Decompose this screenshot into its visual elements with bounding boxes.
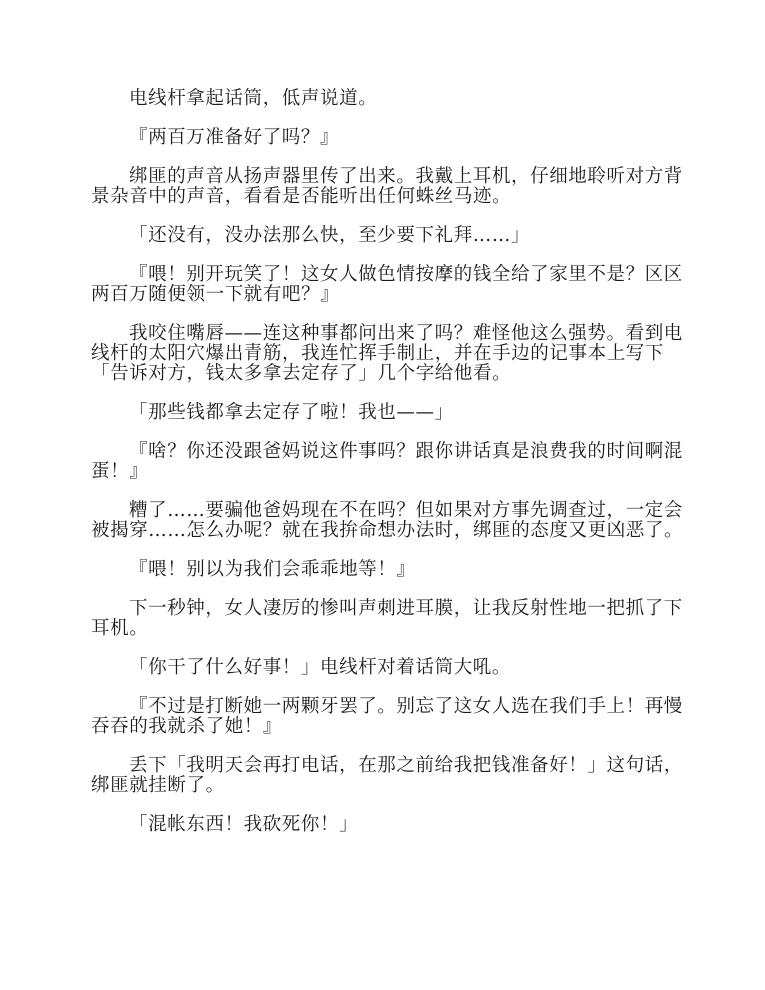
paragraph: 「那些钱都拿去定存了啦！我也——」 bbox=[91, 403, 676, 423]
paragraph: 我咬住嘴唇——连这种事都问出来了吗？难怪他这么强势。看到电 线杆的太阳穴爆出青筋… bbox=[91, 324, 676, 384]
paragraph: 绑匪的声音从扬声器里传了出来。我戴上耳机，仔细地聆听对方背 景杂音中的声音，看看… bbox=[91, 167, 676, 207]
text-line: 耳机。 bbox=[91, 619, 676, 639]
paragraph: 『啥？你还没跟爸妈说这件事吗？跟你讲话真是浪费我的时间啊混 蛋！』 bbox=[91, 442, 676, 482]
text-line: 蛋！』 bbox=[91, 462, 676, 482]
paragraph: 『两百万准备好了吗？』 bbox=[91, 128, 676, 148]
paragraph: 『喂！别开玩笑了！这女人做色情按摩的钱全给了家里不是？区区 两百万随便领一下就有… bbox=[91, 265, 676, 305]
text-line: 吞吞的我就杀了她！』 bbox=[91, 717, 676, 737]
text-line: 绑匪的声音从扬声器里传了出来。我戴上耳机，仔细地聆听对方背 bbox=[91, 167, 676, 187]
text-line: 糟了……要骗他爸妈现在不在吗？但如果对方事先调查过，一定会 bbox=[91, 501, 676, 521]
text-line: 「混帐东西！我砍死你！」 bbox=[91, 815, 676, 835]
text-line: 丢下「我明天会再打电话，在那之前给我把钱准备好！」这句话， bbox=[91, 756, 676, 776]
paragraph: 『不过是打断她一两颗牙罢了。别忘了这女人选在我们手上！再慢 吞吞的我就杀了她！』 bbox=[91, 697, 676, 737]
text-line: 『喂！别开玩笑了！这女人做色情按摩的钱全给了家里不是？区区 bbox=[91, 265, 676, 285]
text-line: 『不过是打断她一两颗牙罢了。别忘了这女人选在我们手上！再慢 bbox=[91, 697, 676, 717]
text-line: 绑匪就挂断了。 bbox=[91, 776, 676, 796]
text-line: 我咬住嘴唇——连这种事都问出来了吗？难怪他这么强势。看到电 bbox=[91, 324, 676, 344]
text-line: 『喂！别以为我们会乖乖地等！』 bbox=[91, 560, 676, 580]
text-line: 下一秒钟，女人凄厉的惨叫声刺进耳膜，让我反射性地一把抓了下 bbox=[91, 599, 676, 619]
paragraph: 「你干了什么好事！」电线杆对着话筒大吼。 bbox=[91, 658, 676, 678]
text-line: 「那些钱都拿去定存了啦！我也——」 bbox=[91, 403, 676, 423]
paragraph: 「混帐东西！我砍死你！」 bbox=[91, 815, 676, 835]
paragraph: 丢下「我明天会再打电话，在那之前给我把钱准备好！」这句话， 绑匪就挂断了。 bbox=[91, 756, 676, 796]
document-page: 电线杆拿起话筒，低声说道。 『两百万准备好了吗？』 绑匪的声音从扬声器里传了出来… bbox=[91, 89, 676, 854]
text-line: 「还没有，没办法那么快，至少要下礼拜……」 bbox=[91, 226, 676, 246]
paragraph: 电线杆拿起话筒，低声说道。 bbox=[91, 89, 676, 109]
text-line: 「你干了什么好事！」电线杆对着话筒大吼。 bbox=[91, 658, 676, 678]
paragraph: 「还没有，没办法那么快，至少要下礼拜……」 bbox=[91, 226, 676, 246]
paragraph: 『喂！别以为我们会乖乖地等！』 bbox=[91, 560, 676, 580]
text-line: 『啥？你还没跟爸妈说这件事吗？跟你讲话真是浪费我的时间啊混 bbox=[91, 442, 676, 462]
paragraph: 下一秒钟，女人凄厉的惨叫声刺进耳膜，让我反射性地一把抓了下 耳机。 bbox=[91, 599, 676, 639]
text-line: 线杆的太阳穴爆出青筋，我连忙挥手制止，并在手边的记事本上写下 bbox=[91, 344, 676, 364]
text-line: 两百万随便领一下就有吧？』 bbox=[91, 285, 676, 305]
text-line: 景杂音中的声音，看看是否能听出任何蛛丝马迹。 bbox=[91, 187, 676, 207]
text-line: 『两百万准备好了吗？』 bbox=[91, 128, 676, 148]
paragraph: 糟了……要骗他爸妈现在不在吗？但如果对方事先调查过，一定会 被揭穿……怎么办呢？… bbox=[91, 501, 676, 541]
text-line: 电线杆拿起话筒，低声说道。 bbox=[91, 89, 676, 109]
text-line: 「告诉对方，钱太多拿去定存了」几个字给他看。 bbox=[91, 364, 676, 384]
text-line: 被揭穿……怎么办呢？就在我拚命想办法时，绑匪的态度又更凶恶了。 bbox=[91, 521, 676, 541]
